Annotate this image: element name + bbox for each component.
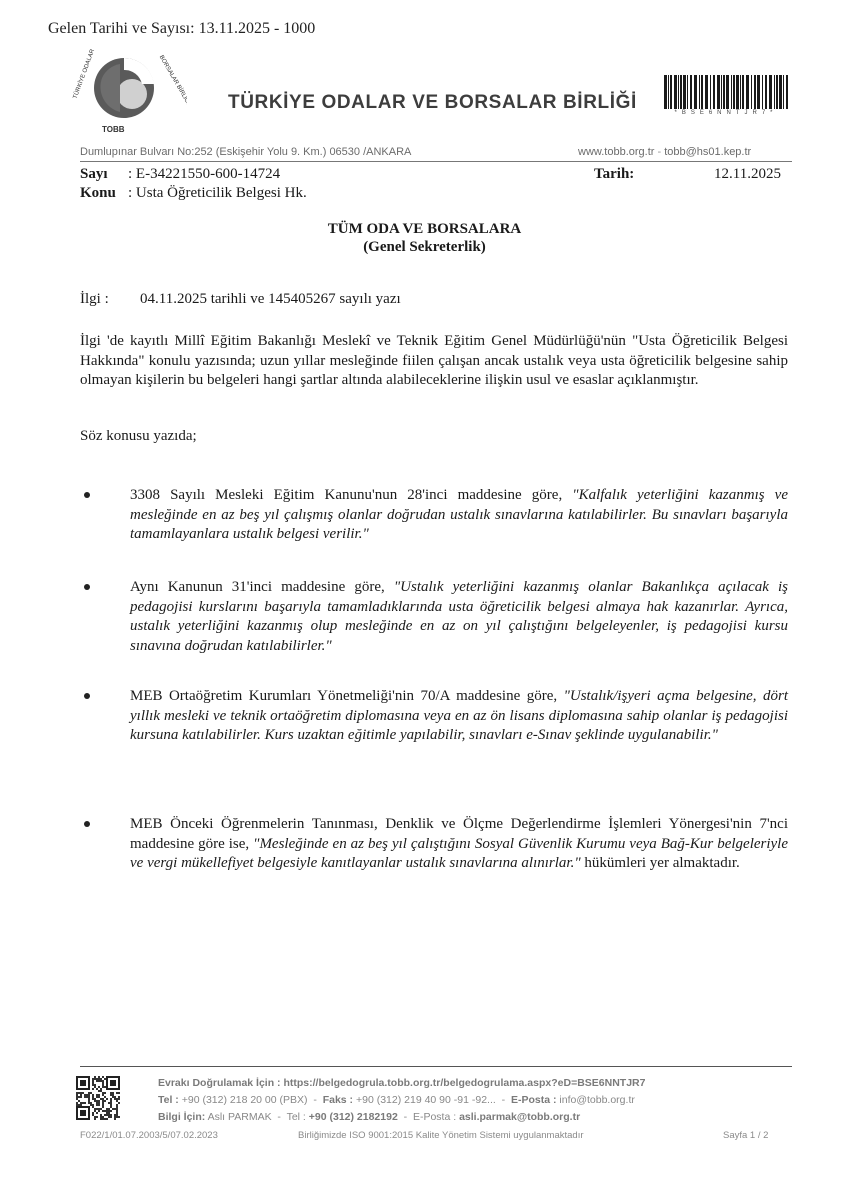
footer-divider	[80, 1066, 792, 1067]
contact-line: Tel : +90 (312) 218 20 00 (PBX) - Faks :…	[158, 1094, 635, 1106]
tobb-logo-icon: TOBB TÜRKİYE ODALAR BORSALAR BİRLİĞİ	[62, 38, 187, 138]
ilgi-value: 04.11.2025 tarihli ve 145405267 sayılı y…	[140, 291, 401, 308]
contact-links: www.tobb.org.tr - tobb@hs01.kep.tr	[578, 146, 751, 158]
stamp-label: Gelen Tarihi ve Sayısı:	[48, 20, 195, 37]
barcode-text: *BSE6NNTJR7*	[662, 110, 790, 116]
info-email-link[interactable]: asli.parmak@tobb.org.tr	[459, 1111, 580, 1123]
list-item: MEB Önceki Öğrenmelerin Tanınması, Denkl…	[104, 815, 788, 874]
verify-line: Evrakı Doğrulamak İçin : https://belgedo…	[158, 1077, 645, 1089]
recipient-line: TÜM ODA VE BORSALARA	[0, 220, 849, 238]
incoming-stamp: Gelen Tarihi ve Sayısı: 13.11.2025 - 100…	[48, 20, 315, 38]
svg-text:BORSALAR BİRLİĞİ: BORSALAR BİRLİĞİ	[158, 54, 187, 106]
ilgi-label: İlgi :	[80, 291, 109, 308]
list-item: MEB Ortaöğretim Kurumları Yönetmeliği'ni…	[104, 687, 788, 746]
page-number: Sayfa 1 / 2	[723, 1130, 768, 1141]
bullet-icon	[84, 693, 90, 699]
tarih-value: 12.11.2025	[714, 166, 781, 183]
recipient-subline: (Genel Sekreterlik)	[0, 238, 849, 256]
verify-link[interactable]: https://belgedogrula.tobb.org.tr/belgedo…	[283, 1077, 645, 1089]
tarih-label: Tarih:	[594, 166, 634, 183]
lead-sentence: Söz konusu yazıda;	[80, 428, 197, 445]
logo-abbr: TOBB	[102, 125, 125, 134]
bullet-icon	[84, 492, 90, 498]
stamp-value: 13.11.2025 - 1000	[199, 20, 316, 37]
email-link[interactable]: info@tobb.org.tr	[559, 1094, 634, 1106]
website-link[interactable]: www.tobb.org.tr	[578, 146, 654, 158]
sayi-value: : E-34221550-600-14724	[128, 166, 280, 183]
kep-link[interactable]: tobb@hs01.kep.tr	[664, 146, 751, 158]
list-item: 3308 Sayılı Mesleki Eğitim Kanunu'nun 28…	[104, 486, 788, 545]
sayi-label: Sayı	[80, 166, 108, 183]
address: Dumlupınar Bulvarı No:252 (Eskişehir Yol…	[80, 146, 411, 158]
qr-code-icon	[76, 1076, 120, 1120]
konu-label: Konu	[80, 185, 116, 202]
bullet-icon	[84, 821, 90, 827]
list-item: Aynı Kanunun 31'inci maddesine göre, "Us…	[104, 578, 788, 656]
barcode-icon	[662, 75, 790, 109]
svg-text:TÜRKİYE ODALAR: TÜRKİYE ODALAR	[72, 48, 97, 100]
iso-note: Birliğimizde ISO 9001:2015 Kalite Yöneti…	[298, 1130, 584, 1141]
org-name: TÜRKİYE ODALAR VE BORSALAR BİRLİĞİ	[228, 92, 637, 114]
konu-value: : Usta Öğreticilik Belgesi Hk.	[128, 185, 307, 202]
info-line: Bilgi İçin: Aslı PARMAK - Tel : +90 (312…	[158, 1111, 580, 1123]
bullet-icon	[84, 584, 90, 590]
intro-paragraph: İlgi 'de kayıtlı Millî Eğitim Bakanlığı …	[80, 332, 788, 391]
recipient-block: TÜM ODA VE BORSALARA (Genel Sekreterlik)	[0, 220, 849, 256]
header-divider	[80, 161, 792, 162]
form-code: F022/1/01.07.2003/5/07.02.2023	[80, 1130, 218, 1141]
